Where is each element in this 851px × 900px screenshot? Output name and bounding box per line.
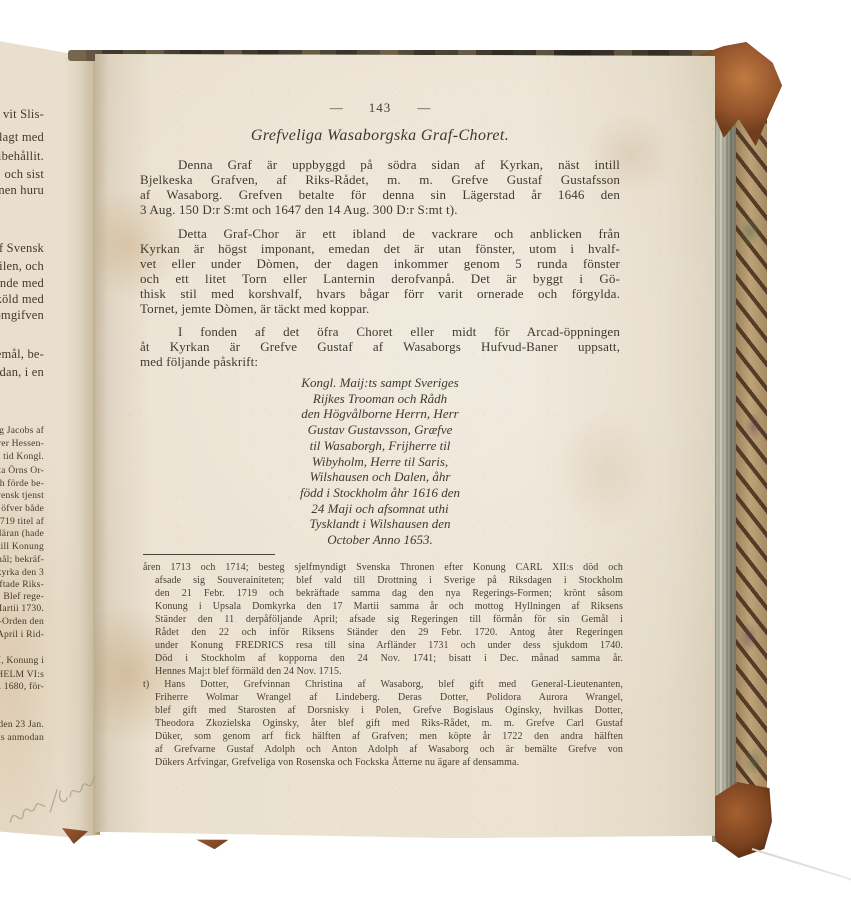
text-line: åt Kyrkan är Grefve Gustaf af Wasaborgs … [140, 339, 620, 354]
previous-page-fragment: till Konung [0, 541, 44, 552]
text-line: Wilshausen och Dalen, åhr [140, 469, 620, 485]
paragraph-1: Denna Graf är uppbyggd på södra sidan af… [140, 157, 620, 217]
text-line: 3 Aug. 150 D:r S:mt och 1647 den 14 Aug.… [140, 202, 620, 217]
text-line: under Konung FREDRICS resa till sina Arf… [155, 639, 623, 652]
page-tear [196, 836, 229, 850]
text-line: åren 1713 och 1714; besteg sjelfmyndigt … [143, 561, 623, 574]
previous-page-fragment: bibehållit. [0, 149, 44, 164]
paragraph-3: I fonden af det öfra Choret eller midt f… [140, 324, 620, 369]
text-line: Konung i Upsala Domkyrka den 17 Martii s… [155, 600, 623, 613]
book-photo: vit Slis-lagt medbibehållit.och sistnen … [0, 0, 851, 900]
previous-page-fragment: t. 1680, för- [0, 681, 44, 692]
paragraph-2: Detta Graf-Chor är ett ibland de vackrar… [140, 226, 620, 316]
previous-page-fragment: 1719 titel af [0, 516, 44, 527]
text-line: Wibyholm, Herre til Saris, [140, 454, 620, 470]
text-line: thisk stil med korshvalf, hvars bågar fö… [140, 286, 620, 301]
previous-page-fragment: ende med [0, 276, 44, 291]
text-line: Dükers Arfvingar, Grefveliga von Rosensk… [155, 756, 623, 769]
previous-page-fragment: ta Örns Or- [0, 465, 44, 476]
previous-page-fragment: öfver Hessen- [0, 438, 44, 449]
previous-page-fragment: lagt med [0, 130, 44, 145]
chapter-title: Grefveliga Wasaborgska Graf-Choret. [140, 127, 620, 145]
text-line: afsade sig Souverainiteten; blef vald ti… [155, 574, 623, 587]
page-number: 143 [369, 100, 392, 115]
footnote-continuation: åren 1713 och 1714; besteg sjelfmyndigt … [155, 561, 623, 678]
previous-page-fragment: lets anmodan [0, 732, 44, 743]
cover-shadow-edge [752, 848, 851, 881]
text-line: den 21 Febr. 1719 och bekräftade samma d… [155, 587, 623, 600]
text-line: I fonden af det öfra Choret eller midt f… [140, 324, 620, 339]
text-line: vet eller under Dòmen, der dagen inkomme… [140, 256, 620, 271]
previous-page-fragment: omgifven [0, 308, 44, 323]
footnote-rule [143, 554, 275, 555]
text-line: af Wasaborg. Grefven betalte för denna s… [140, 187, 620, 202]
previous-page-fragment: d öfver både [0, 503, 44, 514]
previous-page-fragment: VILHELM VI:s [0, 669, 44, 680]
previous-page-fragment: I, Konung i [0, 655, 44, 666]
footnote-t: t) Hans Dotter, Grefvinnan Christina af … [155, 678, 623, 769]
previous-page-fragment: Gemål, be- [0, 347, 44, 362]
text-line: Kyrkan är högst imponant, emedan det är … [140, 241, 620, 256]
previous-page-edge: vit Slis-lagt medbibehållit.och sistnen … [0, 38, 100, 838]
text-line: Tysklandt i Wilshausen den [140, 516, 620, 532]
text-line: Friherre Wolmar Wrangel af Lindeberg. De… [155, 691, 623, 704]
previous-page-fragment: mål; bekräf- [0, 554, 44, 565]
text-line: Gustav Gustavsson, Græfve [140, 422, 620, 438]
header-dash-left: — [330, 100, 343, 115]
previous-page-fragment: kyrka den 3 [0, 567, 44, 578]
banner-inscription: Kongl. Maij:ts sampt SverigesRijkes Troo… [140, 375, 620, 548]
previous-page-fragment: e-Orden den [0, 616, 44, 627]
text-line: Död i Stockholm af kopporna den 24 Nov. … [155, 652, 623, 665]
previous-page-fragment: a tid Kongl. [0, 451, 44, 462]
book-page: —143— Grefveliga Wasaborgska Graf-Choret… [95, 54, 715, 838]
previous-page-fragment: dan, i en [0, 365, 44, 380]
text-line: Düker, som genom arf fick hälften af Gra… [155, 730, 623, 743]
text-line: Rådet den 22 och inför Riksens Ständer d… [155, 626, 623, 639]
previous-page-fragment: vit Slis- [3, 107, 44, 122]
previous-page-fragment: läran (hade [0, 528, 44, 539]
text-line: Rijkes Trooman och Rådh [140, 391, 620, 407]
previous-page-fragment: tilen, och [0, 259, 44, 274]
text-line: t) Hans Dotter, Grefvinnan Christina af … [143, 678, 623, 691]
text-line: October Anno 1653. [140, 532, 620, 548]
previous-page-fragment: tig Jacobs af [0, 425, 44, 436]
text-line: Hennes Maj:t blef förmäld den 24 Nov. 17… [155, 665, 623, 678]
text-line: Detta Graf-Chor är ett ibland de vackrar… [140, 226, 620, 241]
previous-page-fragment: Martii 1730. [0, 603, 44, 614]
text-line: Denna Graf är uppbyggd på södra sidan af… [140, 157, 620, 172]
previous-page-fragment: April i Rid- [0, 629, 44, 640]
header-dash-right: — [417, 100, 430, 115]
page-block-fore-edge [712, 56, 737, 842]
previous-page-fragment: Svensk tjenst [0, 490, 44, 501]
previous-page-fragment: och sist [5, 167, 44, 182]
text-line: Kongl. Maij:ts sampt Sveriges [140, 375, 620, 391]
previous-page-fragment: köld med [0, 292, 44, 307]
previous-page-fragment: af Svensk [0, 241, 44, 256]
text-line: Theodora Zkozielska Oginsky, åter blef g… [155, 717, 623, 730]
text-line: och ett litet Torn eller Lanternin derof… [140, 271, 620, 286]
previous-page-fragment: ch förde be- [0, 478, 44, 489]
marbled-cover-edge [736, 60, 767, 840]
previous-page-fragment: nen huru [0, 183, 44, 198]
text-line: til Wasaborgh, Frijherre til [140, 438, 620, 454]
text-line: blef gift med Starosten af Dorsnisky i P… [155, 704, 623, 717]
text-line: den Högvålborne Herrn, Herr [140, 406, 620, 422]
previous-page-fragment: räftade Riks- [0, 579, 44, 590]
text-line: Bjelkeska Grafven, af Riks-Rådet, m. m. … [140, 172, 620, 187]
text-line: Ständer den 11 derpåföljande April; afsa… [155, 613, 623, 626]
previous-page-fragment: 3. Blef rege- [0, 591, 44, 602]
text-line: Tornet, jemte Dòmen, är täckt med koppar… [140, 301, 620, 316]
text-line: född i Stockholm åhr 1616 den [140, 485, 620, 501]
text-line: af Grefvarne Gustaf Adolph och Anton Ado… [155, 743, 623, 756]
previous-page-fragment: den 23 Jan. [0, 719, 44, 730]
text-line: 24 Maji och afsomnat uthi [140, 501, 620, 517]
text-line: med följande påskrift: [140, 354, 620, 369]
page-number-header: —143— [140, 100, 620, 116]
